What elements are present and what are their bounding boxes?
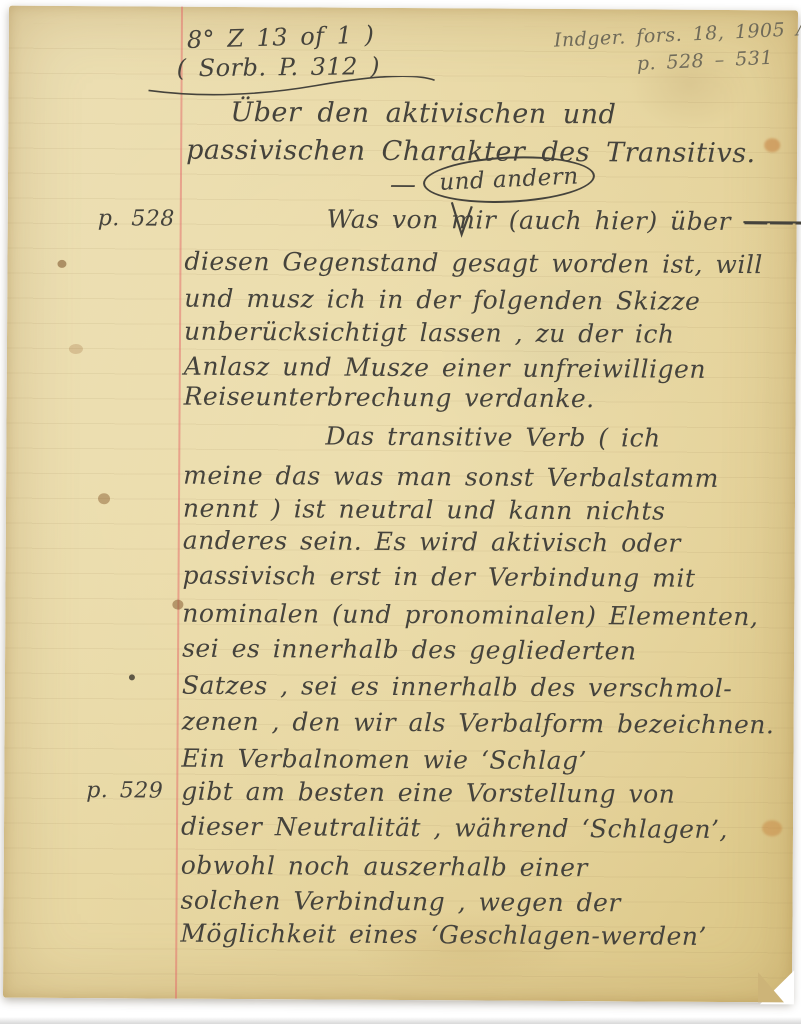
- manuscript-line: zenen , den wir als Verbalform bezeichne…: [182, 707, 775, 740]
- ink-dot: [129, 674, 135, 680]
- manuscript-line: Satzes , sei es innerhalb des verschmol-: [182, 671, 732, 703]
- margin-page-number-529: p. 529: [86, 778, 163, 803]
- struck-out-word: ———: [743, 207, 801, 236]
- manuscript-line: nennt ) ist neutral und kann nichts: [183, 494, 666, 526]
- manuscript-line: und musz ich in der folgenden Skizze: [184, 284, 700, 316]
- manuscript-line: Möglichkeit eines ‘Geschlagen-werden’: [180, 919, 707, 951]
- shelfmark-line-1: 8° Z 13 of 1 ): [186, 21, 374, 54]
- manuscript-line-text: Das transitive Verb ( ich: [325, 422, 660, 453]
- manuscript-line-text: passivisch erst in der Verbindung mit: [182, 561, 695, 593]
- stain-spot: [69, 344, 83, 354]
- manuscript-line: passivisch erst in der Verbindung mit: [182, 561, 695, 593]
- manuscript-line: Was von mir (auch hier) über ———: [327, 205, 801, 237]
- title-dash: —: [390, 170, 417, 200]
- manuscript-line-text: diesen Gegenstand gesagt worden ist, wil…: [184, 247, 763, 280]
- manuscript-line-text: zenen , den wir als Verbalform bezeichne…: [182, 707, 775, 740]
- manuscript-line-text: solchen Verbindung , wegen der: [180, 886, 620, 918]
- manuscript-line-text: obwohl noch auszerhalb einer: [181, 851, 588, 882]
- manuscript-line: Das transitive Verb ( ich: [325, 422, 660, 453]
- ink-spot: [57, 260, 66, 268]
- manuscript-line-text: Möglichkeit eines ‘Geschlagen-werden’: [180, 919, 707, 951]
- rust-stain: [762, 820, 782, 836]
- manuscript-line: unberücksichtigt lassen , zu der ich: [184, 317, 675, 349]
- manuscript-line-text: und musz ich in der folgenden Skizze: [184, 284, 700, 316]
- manuscript-line-text: nennt ) ist neutral und kann nichts: [183, 494, 666, 526]
- manuscript-line: dieser Neutralität , während ‘Schlagen’,: [181, 812, 728, 844]
- folded-corner-icon: [758, 972, 784, 1002]
- stain-spot: [98, 493, 110, 504]
- manuscript-line-text: anderes sein. Es wird aktivisch oder: [183, 526, 681, 558]
- manuscript-line-text: dieser Neutralität , während ‘Schlagen’,: [181, 812, 728, 844]
- manuscript-line: anderes sein. Es wird aktivisch oder: [183, 526, 681, 558]
- manuscript-line-text: sei es innerhalb des gegliederten: [182, 634, 637, 666]
- manuscript-line-text: Was von mir (auch hier) über: [327, 205, 744, 237]
- manuscript-line-text: Anlasz und Musze einer unfreiwilligen: [184, 352, 706, 384]
- manuscript-line: gibt am besten eine Vorstellung von: [181, 777, 675, 809]
- manuscript-line: solchen Verbindung , wegen der: [180, 886, 620, 918]
- manuscript-body: Was von mir (auch hier) über ———diesen G…: [9, 6, 798, 11]
- manuscript-line: nominalen (und pronominalen) Elementen,: [182, 599, 758, 632]
- manuscript-line: sei es innerhalb des gegliederten: [182, 634, 637, 666]
- manuscript-line-text: Reiseunterbrechung verdanke.: [184, 382, 595, 414]
- manuscript-page: 8° Z 13 of 1 ) ( Sorb. P. 312 ) Indger. …: [3, 6, 798, 1003]
- manuscript-line-text: unberücksichtigt lassen , zu der ich: [184, 317, 675, 349]
- manuscript-line: Anlasz und Musze einer unfreiwilligen: [184, 352, 706, 384]
- scan-edge-shadow: [0, 1017, 801, 1024]
- manuscript-line-text: nominalen (und pronominalen) Elementen,: [182, 599, 758, 632]
- manuscript-line-text: Ein Verbalnomen wie ‘Schlag’: [181, 744, 587, 775]
- title-line-1: Über den aktivischen und: [230, 97, 616, 130]
- manuscript-line-text: meine das was man sonst Verbalstamm: [183, 461, 719, 493]
- manuscript-line: Reiseunterbrechung verdanke.: [184, 382, 595, 414]
- manuscript-line: Ein Verbalnomen wie ‘Schlag’: [181, 744, 587, 775]
- manuscript-line: meine das was man sonst Verbalstamm: [183, 461, 719, 493]
- insertion-note-text: und andern: [439, 163, 579, 195]
- manuscript-line: obwohl noch auszerhalb einer: [181, 851, 588, 882]
- margin-page-number-528: p. 528: [98, 206, 175, 231]
- manuscript-line: diesen Gegenstand gesagt worden ist, wil…: [184, 247, 763, 280]
- rust-stain: [764, 138, 780, 152]
- manuscript-line-text: Satzes , sei es innerhalb des verschmol-: [182, 671, 732, 703]
- manuscript-line-text: gibt am besten eine Vorstellung von: [181, 777, 675, 809]
